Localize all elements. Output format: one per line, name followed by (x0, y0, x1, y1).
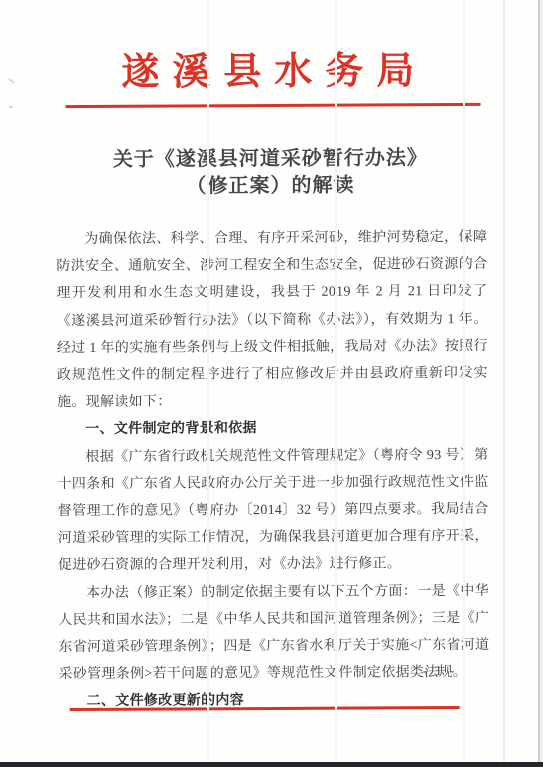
document-title: 关于《遂溪县河道采砂暂行办法》 （修正案）的解读 (0, 145, 542, 202)
section-heading: 二、文件修改更新的内容 (59, 686, 490, 715)
scan-streak (335, 0, 337, 762)
document-title-line1: 关于《遂溪县河道采砂暂行办法》 (0, 145, 542, 175)
body-paragraph: 为确保依法、科学、合理、有序开采河砂，维护河势稳定，保障防洪安全、通航安全、涉河… (56, 224, 488, 417)
scan-streak (207, 0, 209, 762)
scan-bottom-edge (0, 762, 543, 767)
document-title-line2: （修正案）的解读 (0, 172, 542, 202)
scanned-document-page: 遂溪县水务局 关于《遂溪县河道采砂暂行办法》 （修正案）的解读 为确保依法、科学… (0, 0, 543, 767)
body-paragraph: 根据《广东省行政机关规范性文件管理规定》（粤府令 93 号）第十四条和《广东省人… (57, 441, 489, 579)
header-red-rule (66, 103, 481, 108)
document-body: 为确保依法、科学、合理、有序开采河砂，维护河势稳定，保障防洪安全、通航安全、涉河… (56, 224, 490, 716)
document-header-org-name: 遂溪县水务局 (0, 49, 537, 96)
page-number: - 1 - (409, 664, 469, 680)
scan-streak (463, 0, 465, 762)
document-sheet: 遂溪县水务局 关于《遂溪县河道采砂暂行办法》 （修正案）的解读 为确保依法、科学… (0, 0, 543, 767)
section-heading: 一、文件制定的背景和依据 (57, 414, 488, 443)
page-right-edge (538, 0, 540, 767)
scan-streak (503, 0, 505, 762)
scan-speck (9, 106, 13, 108)
